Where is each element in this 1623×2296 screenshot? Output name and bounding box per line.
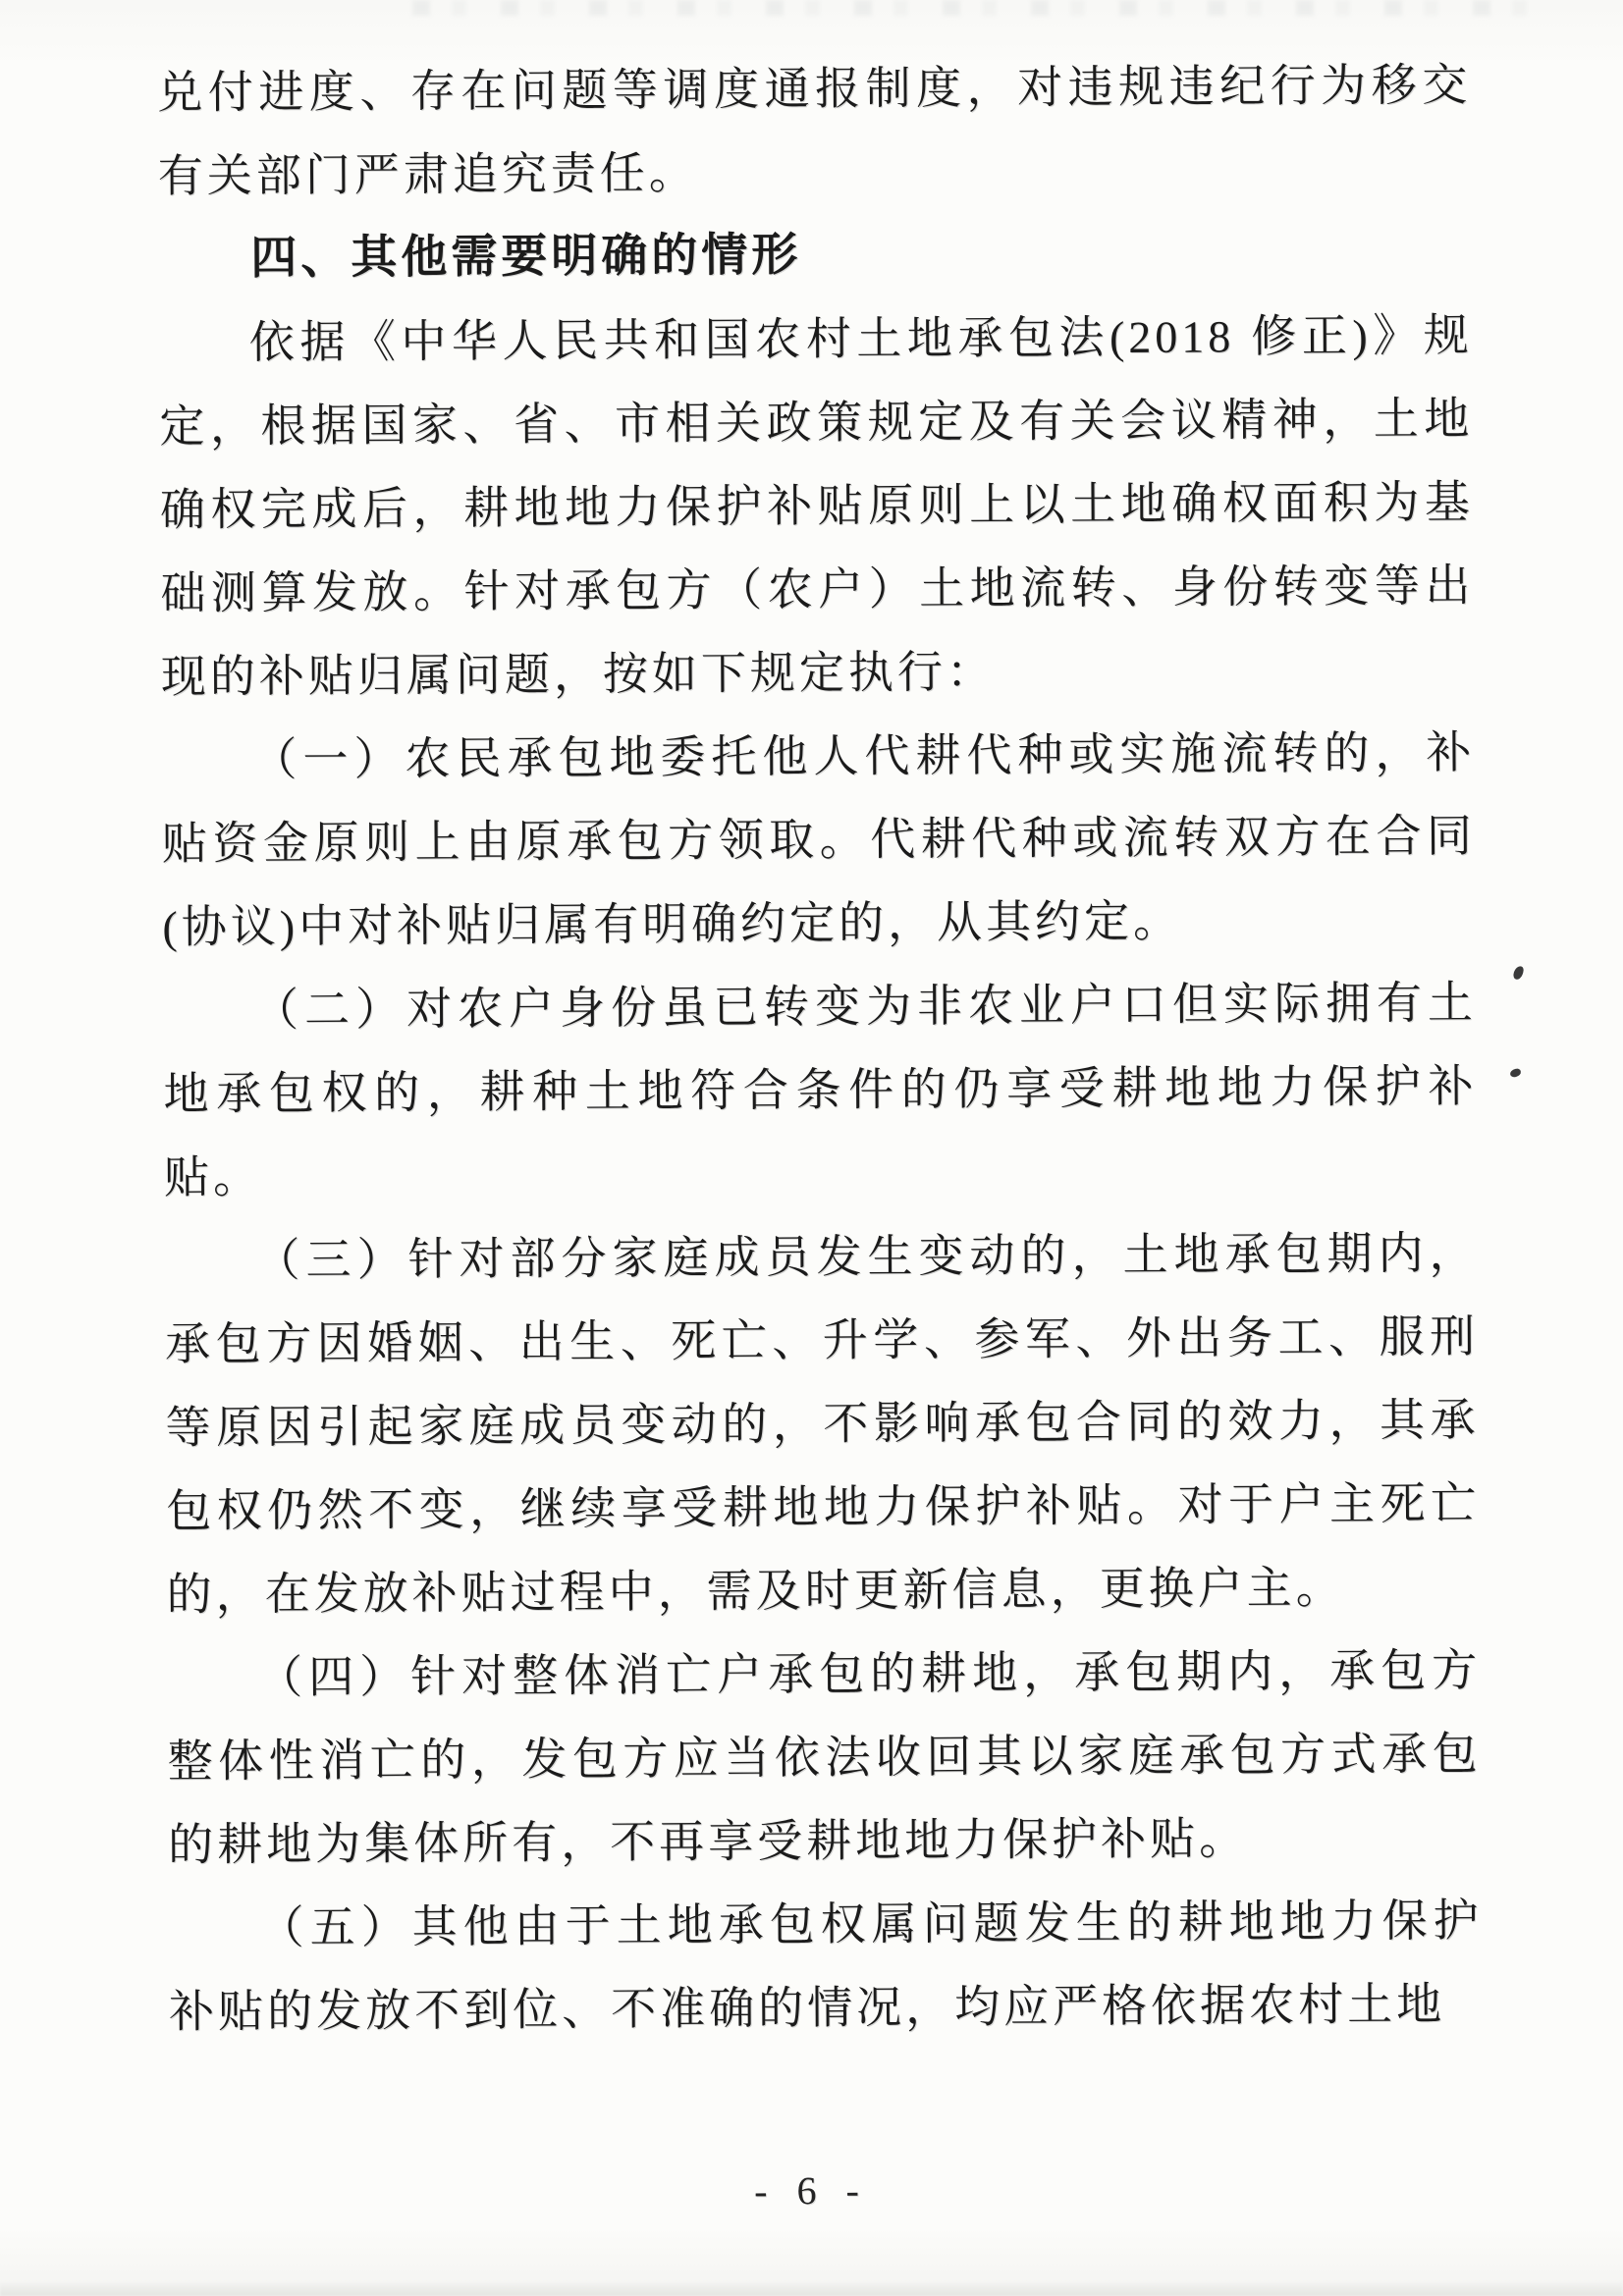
ink-speck-artifact [1509,1068,1521,1078]
paragraph-intro: 依据《中华人民共和国农村土地承包法(2018 修正)》规定，根据国家、省、市相关… [159,294,1476,719]
page-number: - 6 - [0,2162,1623,2219]
ink-speck-artifact [1512,965,1525,981]
paragraph-item-3: （三）针对部分家庭成员发生变动的，土地承包期内，承包方因婚姻、出生、死亡、升学、… [164,1211,1481,1636]
scanned-document-page: 兑付进度、存在问题等调度通报制度，对违规违纪行为移交有关部门严肃追究责任。 四、… [0,0,1623,2296]
section-heading: 四、其他需要明确的情形 [158,210,1472,301]
paragraph-item-1: （一）农民承包地委托他人代耕代种或实施流转的，补贴资金原则上由原承包方领取。代耕… [161,711,1477,969]
paragraph-item-5: （五）其他由于土地承包权属问题发生的耕地地力保护补贴的发放不到位、不准确的情况，… [168,1879,1483,2054]
paragraph-continuation: 兑付进度、存在问题等调度通报制度，对违规违纪行为移交有关部门严肃追究责任。 [157,43,1472,218]
scan-ghost-artifact-top [412,0,1532,16]
document-body: 兑付进度、存在问题等调度通报制度，对违规违纪行为移交有关部门严肃追究责任。 四、… [157,43,1483,2054]
scan-ghost-artifact-bottom [0,2282,1623,2296]
paragraph-item-4: （四）针对整体消亡户承包的耕地，承包期内，承包方整体性消亡的，发包方应当依法收回… [167,1629,1483,1887]
paragraph-item-2: （二）对农户身份虽已转变为非农业户口但实际拥有土地承包权的，耕种土地符合条件的仍… [163,961,1479,1219]
